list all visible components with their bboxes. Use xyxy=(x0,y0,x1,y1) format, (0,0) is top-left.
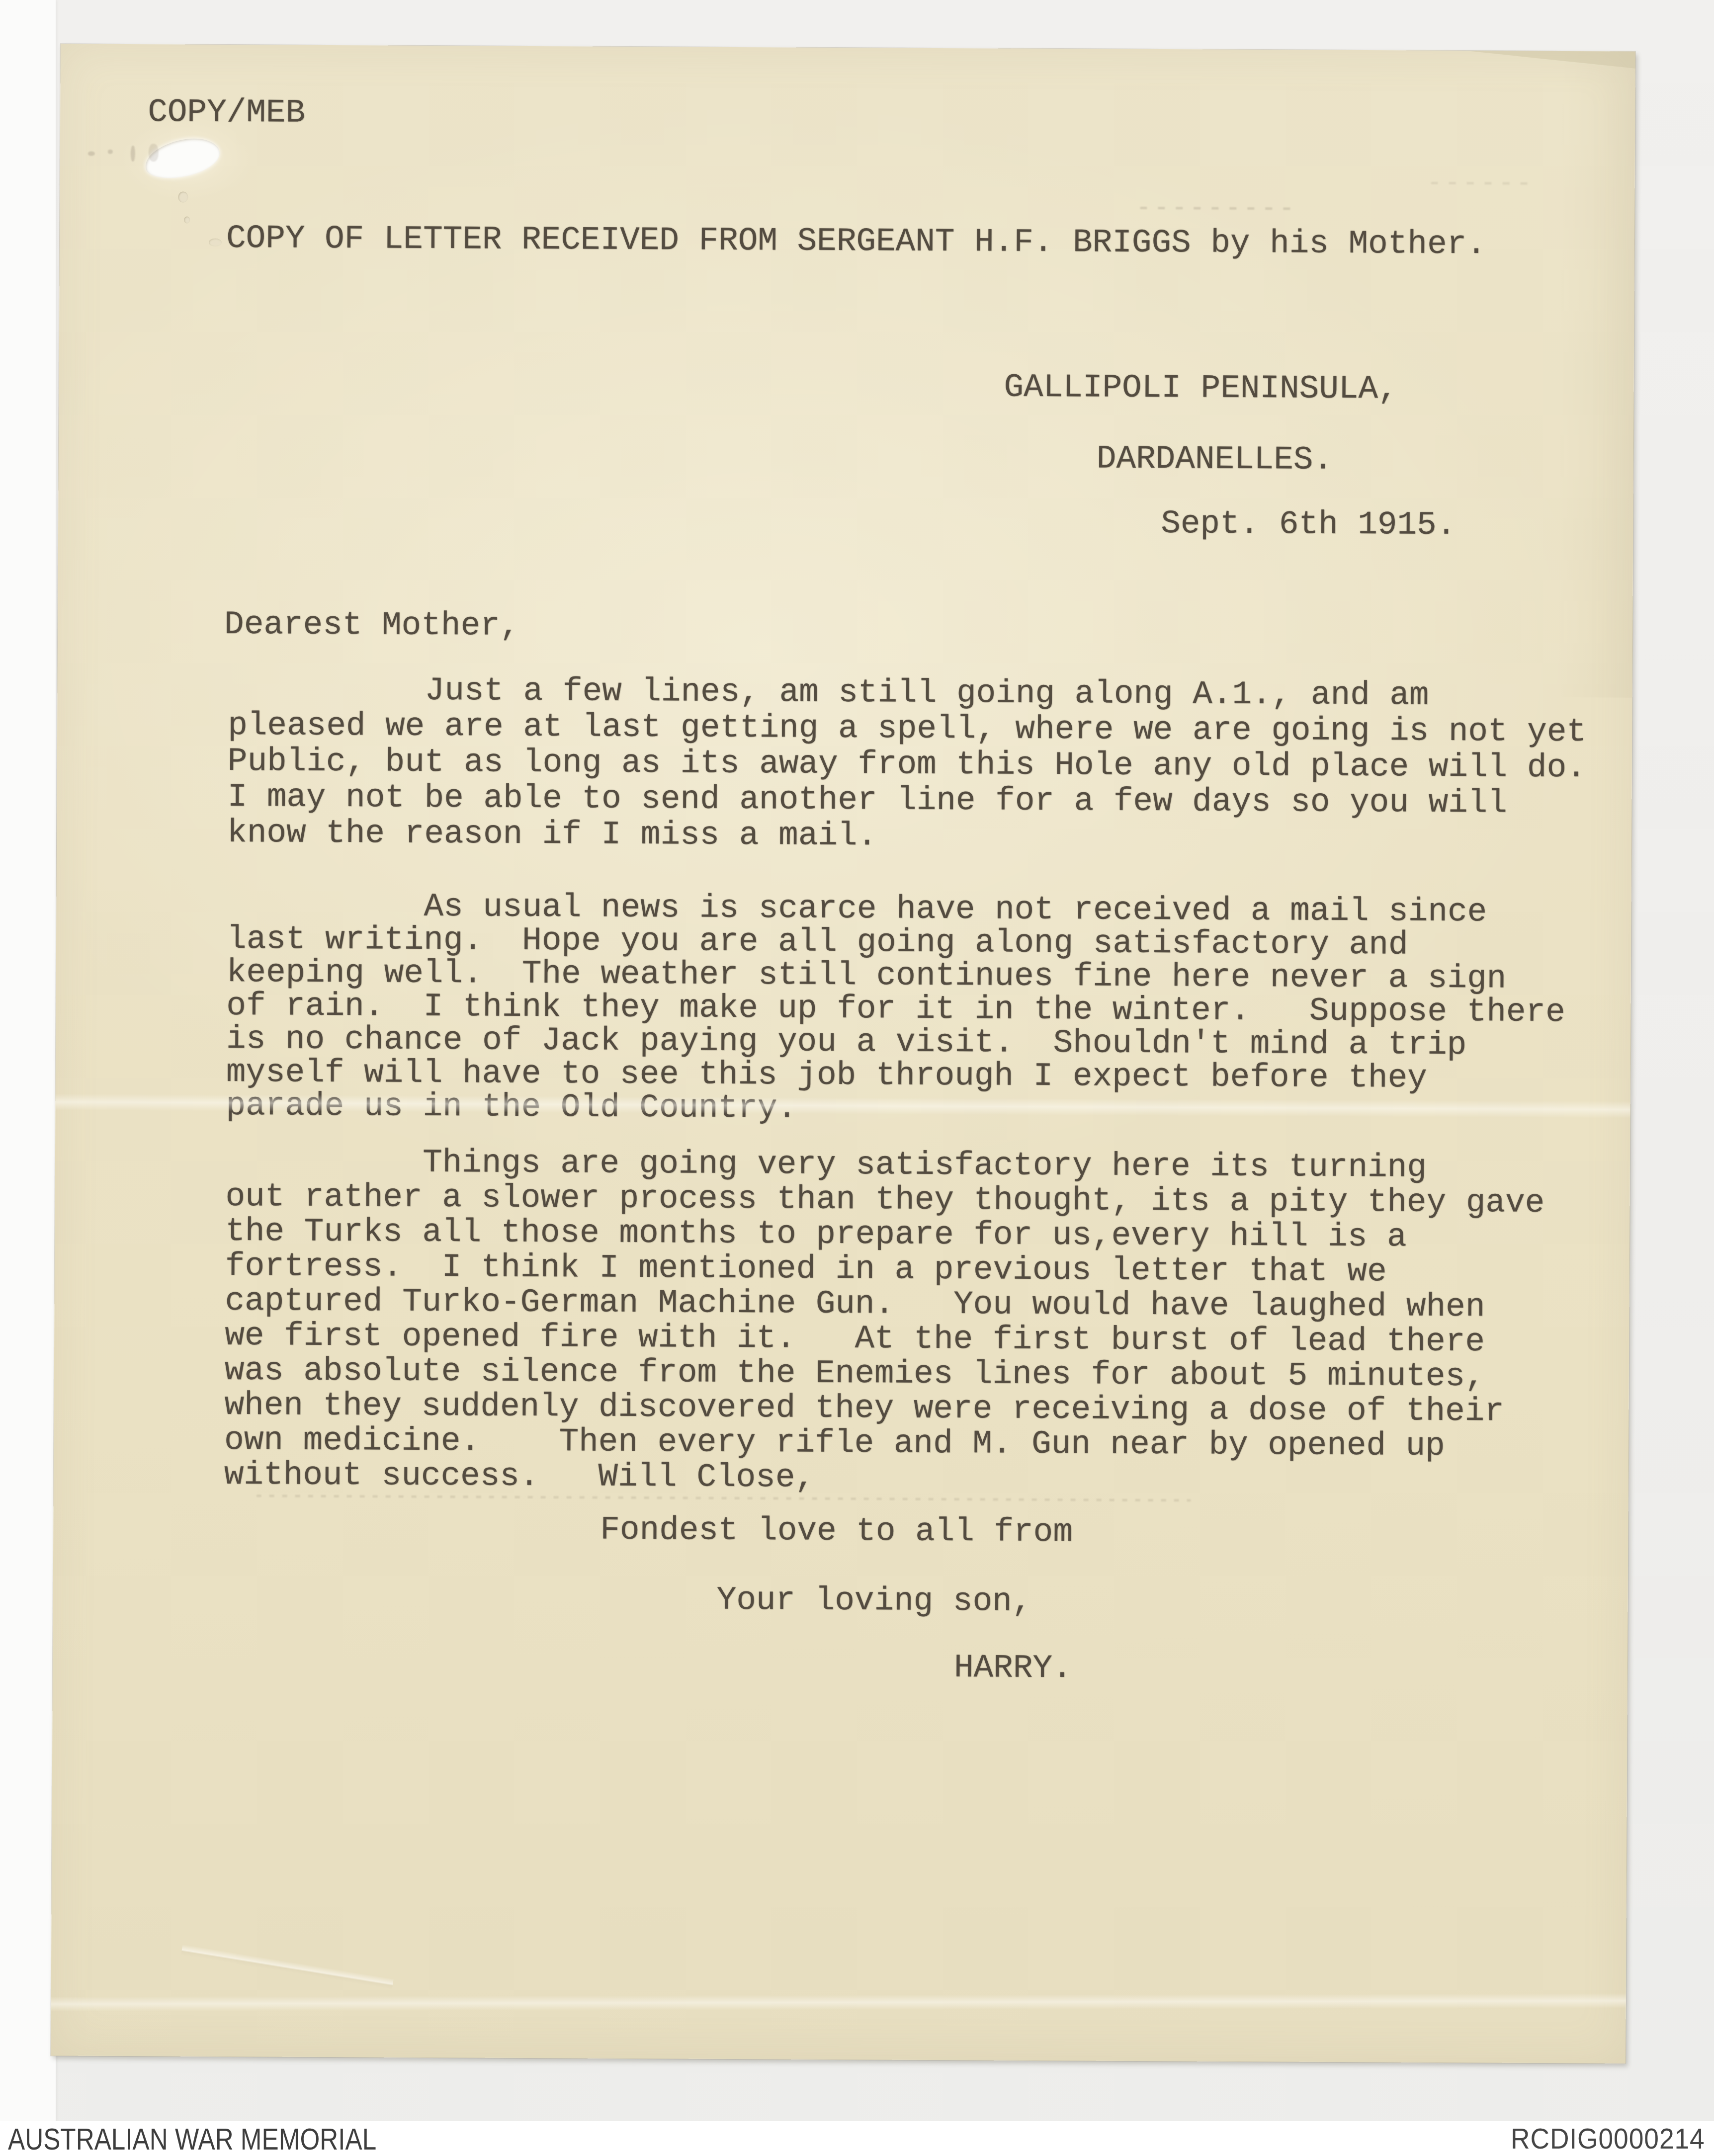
paper-tear-speck xyxy=(209,239,222,247)
faint-dash-line xyxy=(1431,182,1538,185)
faded-ink-mark xyxy=(88,152,95,156)
paper-edge-shading xyxy=(1558,51,1635,698)
closing-line-2: Your loving son, xyxy=(716,1584,1031,1618)
faint-dash-line xyxy=(1140,207,1291,210)
address-line-1: GALLIPOLI PENINSULA, xyxy=(1004,371,1397,406)
copy-annotation: COPY/MEB xyxy=(148,96,305,130)
paper-tear-speck xyxy=(184,217,190,224)
footer-bar: AUSTRALIAN WAR MEMORIAL RCDIG0000214 xyxy=(0,2121,1714,2156)
body-paragraph-2: As usual news is scarce have not receive… xyxy=(226,889,1566,1129)
body-paragraph-3: Things are going very satisfactory here … xyxy=(224,1145,1545,1499)
date-line: Sept. 6th 1915. xyxy=(1161,507,1456,542)
address-line-2: DARDANELLES. xyxy=(1097,442,1333,476)
faded-ink-mark xyxy=(131,146,135,162)
faded-ink-mark xyxy=(149,144,159,162)
letter-heading: COPY OF LETTER RECEIVED FROM SERGEANT H.… xyxy=(226,222,1486,261)
signature: HARRY. xyxy=(954,1652,1072,1685)
paper-tear-speck xyxy=(178,191,188,202)
letter-page: COPY/MEB COPY OF LETTER RECEIVED FROM SE… xyxy=(51,44,1635,2063)
reference-number: RCDIG0000214 xyxy=(1511,2121,1705,2156)
closing-line-1: Fondest love to all from xyxy=(600,1514,1073,1549)
body-paragraph-1: Just a few lines, am still going along A… xyxy=(227,672,1587,857)
scanner-edge-strip xyxy=(0,0,56,2121)
salutation: Dearest Mother, xyxy=(224,608,519,643)
archive-name: AUSTRALIAN WAR MEMORIAL xyxy=(8,2121,376,2156)
corner-fold xyxy=(1466,51,1635,69)
faded-ink-mark xyxy=(108,150,113,154)
paper-crease xyxy=(51,1993,1626,2012)
paper-crease xyxy=(181,1944,394,1990)
